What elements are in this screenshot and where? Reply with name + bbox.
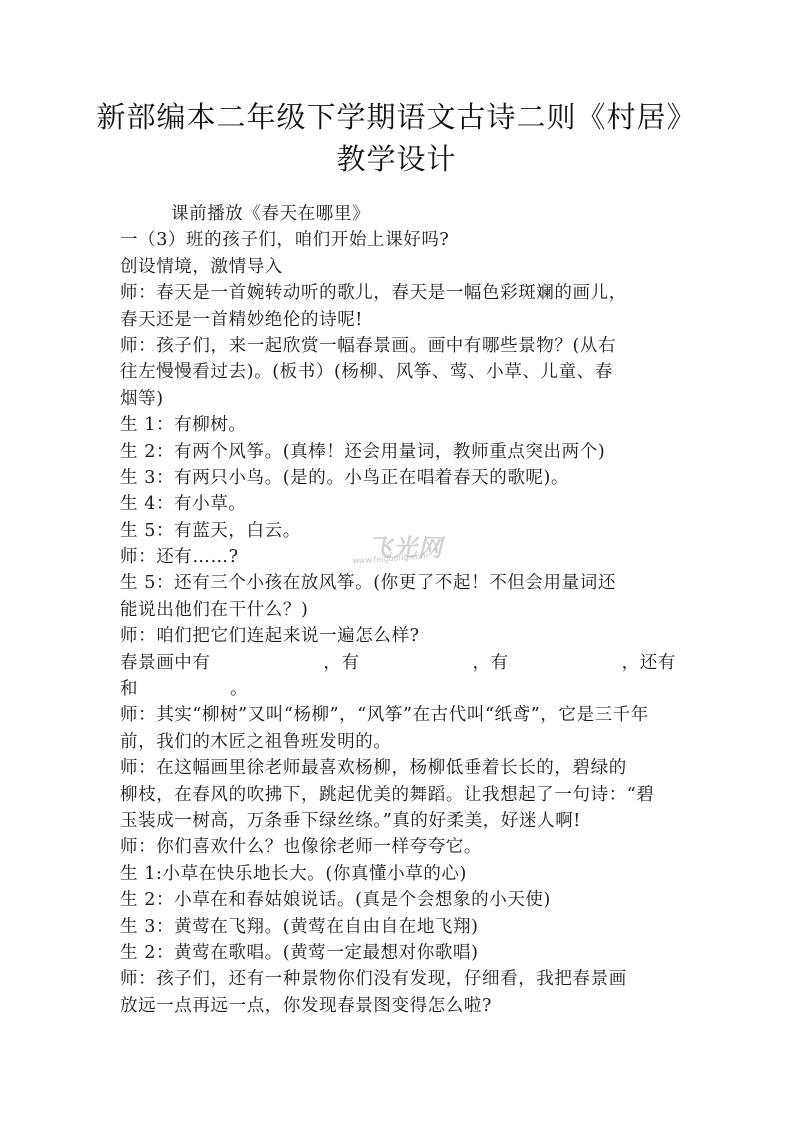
document-page: 新部编本二年级下学期语文古诗二则《村居》 教学设计 课前播放《春天在哪里》 一（… — [0, 0, 793, 1122]
paragraph-line: 师：在这幅画里徐老师最喜欢杨柳，杨柳低垂着长长的，碧绿的 — [120, 755, 676, 781]
paragraph-line: 生 2：有两个风筝。(真棒！还会用量词，教师重点突出两个) — [120, 439, 676, 465]
paragraph-line: 师：咱们把它们连起来说一遍怎么样? — [120, 623, 676, 649]
paragraph-line: 生 5：有蓝天，白云。 — [120, 518, 676, 544]
paragraph-line: 课前播放《春天在哪里》 — [120, 201, 676, 227]
paragraph-line: 创设情境，激情导入 — [120, 254, 676, 280]
paragraph-line: 师：你们喜欢什么？也像徐老师一样夸夸它。 — [120, 834, 676, 860]
paragraph-line: 师：春天是一首婉转动听的歌儿，春天是一幅色彩斑斓的画儿， — [120, 280, 676, 306]
paragraph-line: 生 1：有柳树。 — [120, 412, 676, 438]
fill-part-4: ，还有 — [622, 650, 676, 676]
paragraph-line: 生 3：黄莺在飞翔。(黄莺在自由自在地飞翔) — [120, 914, 676, 940]
paragraph-line: 生 2：小草在和春姑娘说话。(真是个会想象的小天使) — [120, 887, 676, 913]
paragraph-line: 烟等) — [120, 386, 676, 412]
paragraph-line: 生 5：还有三个小孩在放风筝。(你更了不起！不但会用量词还 — [120, 570, 676, 596]
paragraph-line: 生 1:小草在快乐地长大。(你真懂小草的心) — [120, 861, 676, 887]
paragraph-line: 师：其实“柳树”又叫“杨柳”，“风筝”在古代叫“纸鸢”，它是三千年 — [120, 702, 676, 728]
paragraph-line: 玉装成一树高，万条垂下绿丝绦。”真的好柔美，好迷人啊! — [120, 808, 676, 834]
title-line-1: 新部编本二年级下学期语文古诗二则《村居》 — [0, 96, 793, 138]
paragraph-line: 生 2：黄莺在歌唱。(黄莺一定最想对你歌唱) — [120, 940, 676, 966]
paragraph-line: 生 3：有两只小鸟。(是的。小鸟正在唱着春天的歌呢)。 — [120, 465, 676, 491]
document-body: 课前播放《春天在哪里》 一（3）班的孩子们，咱们开始上课好吗? 创设情境，激情导… — [120, 201, 676, 1019]
title-line-2: 教学设计 — [0, 138, 793, 180]
paragraph-line: 往左慢慢看过去)。(板书）(杨柳、风筝、莺、小草、儿童、春 — [120, 359, 676, 385]
paragraph-line: 春天还是一首精妙绝伦的诗呢! — [120, 307, 676, 333]
paragraph-line: 柳枝，在春风的吹拂下，跳起优美的舞蹈。让我想起了一句诗：“碧 — [120, 782, 676, 808]
fill-in-blank-line-2: 和。 — [120, 676, 676, 702]
paragraph-line: 师：还有……? — [120, 544, 676, 570]
paragraph-line: 师：孩子们，来一起欣赏一幅春景画。画中有哪些景物？(从右 — [120, 333, 676, 359]
fill-part-1: 春景画中有 — [120, 650, 211, 676]
document-title: 新部编本二年级下学期语文古诗二则《村居》 教学设计 — [0, 96, 793, 180]
fill-part-3: ，有 — [473, 650, 509, 676]
paragraph-line: 师：孩子们，还有一种景物你们没有发现，仔细看，我把春景画 — [120, 966, 676, 992]
fill2-part-2: 。 — [230, 679, 248, 699]
paragraph-line: 前，我们的木匠之祖鲁班发明的。 — [120, 729, 676, 755]
paragraph-line: 生 4：有小草。 — [120, 491, 676, 517]
paragraph-line: 一（3）班的孩子们，咱们开始上课好吗? — [120, 227, 676, 253]
fill2-part-1: 和 — [120, 679, 138, 699]
fill-part-2: ，有 — [323, 650, 359, 676]
fill-in-blank-line: 春景画中有 ，有 ，有 ，还有 — [120, 650, 676, 676]
paragraph-line: 放远一点再远一点，你发现春景图变得怎么啦? — [120, 993, 676, 1019]
paragraph-line: 能说出他们在干什么？) — [120, 597, 676, 623]
